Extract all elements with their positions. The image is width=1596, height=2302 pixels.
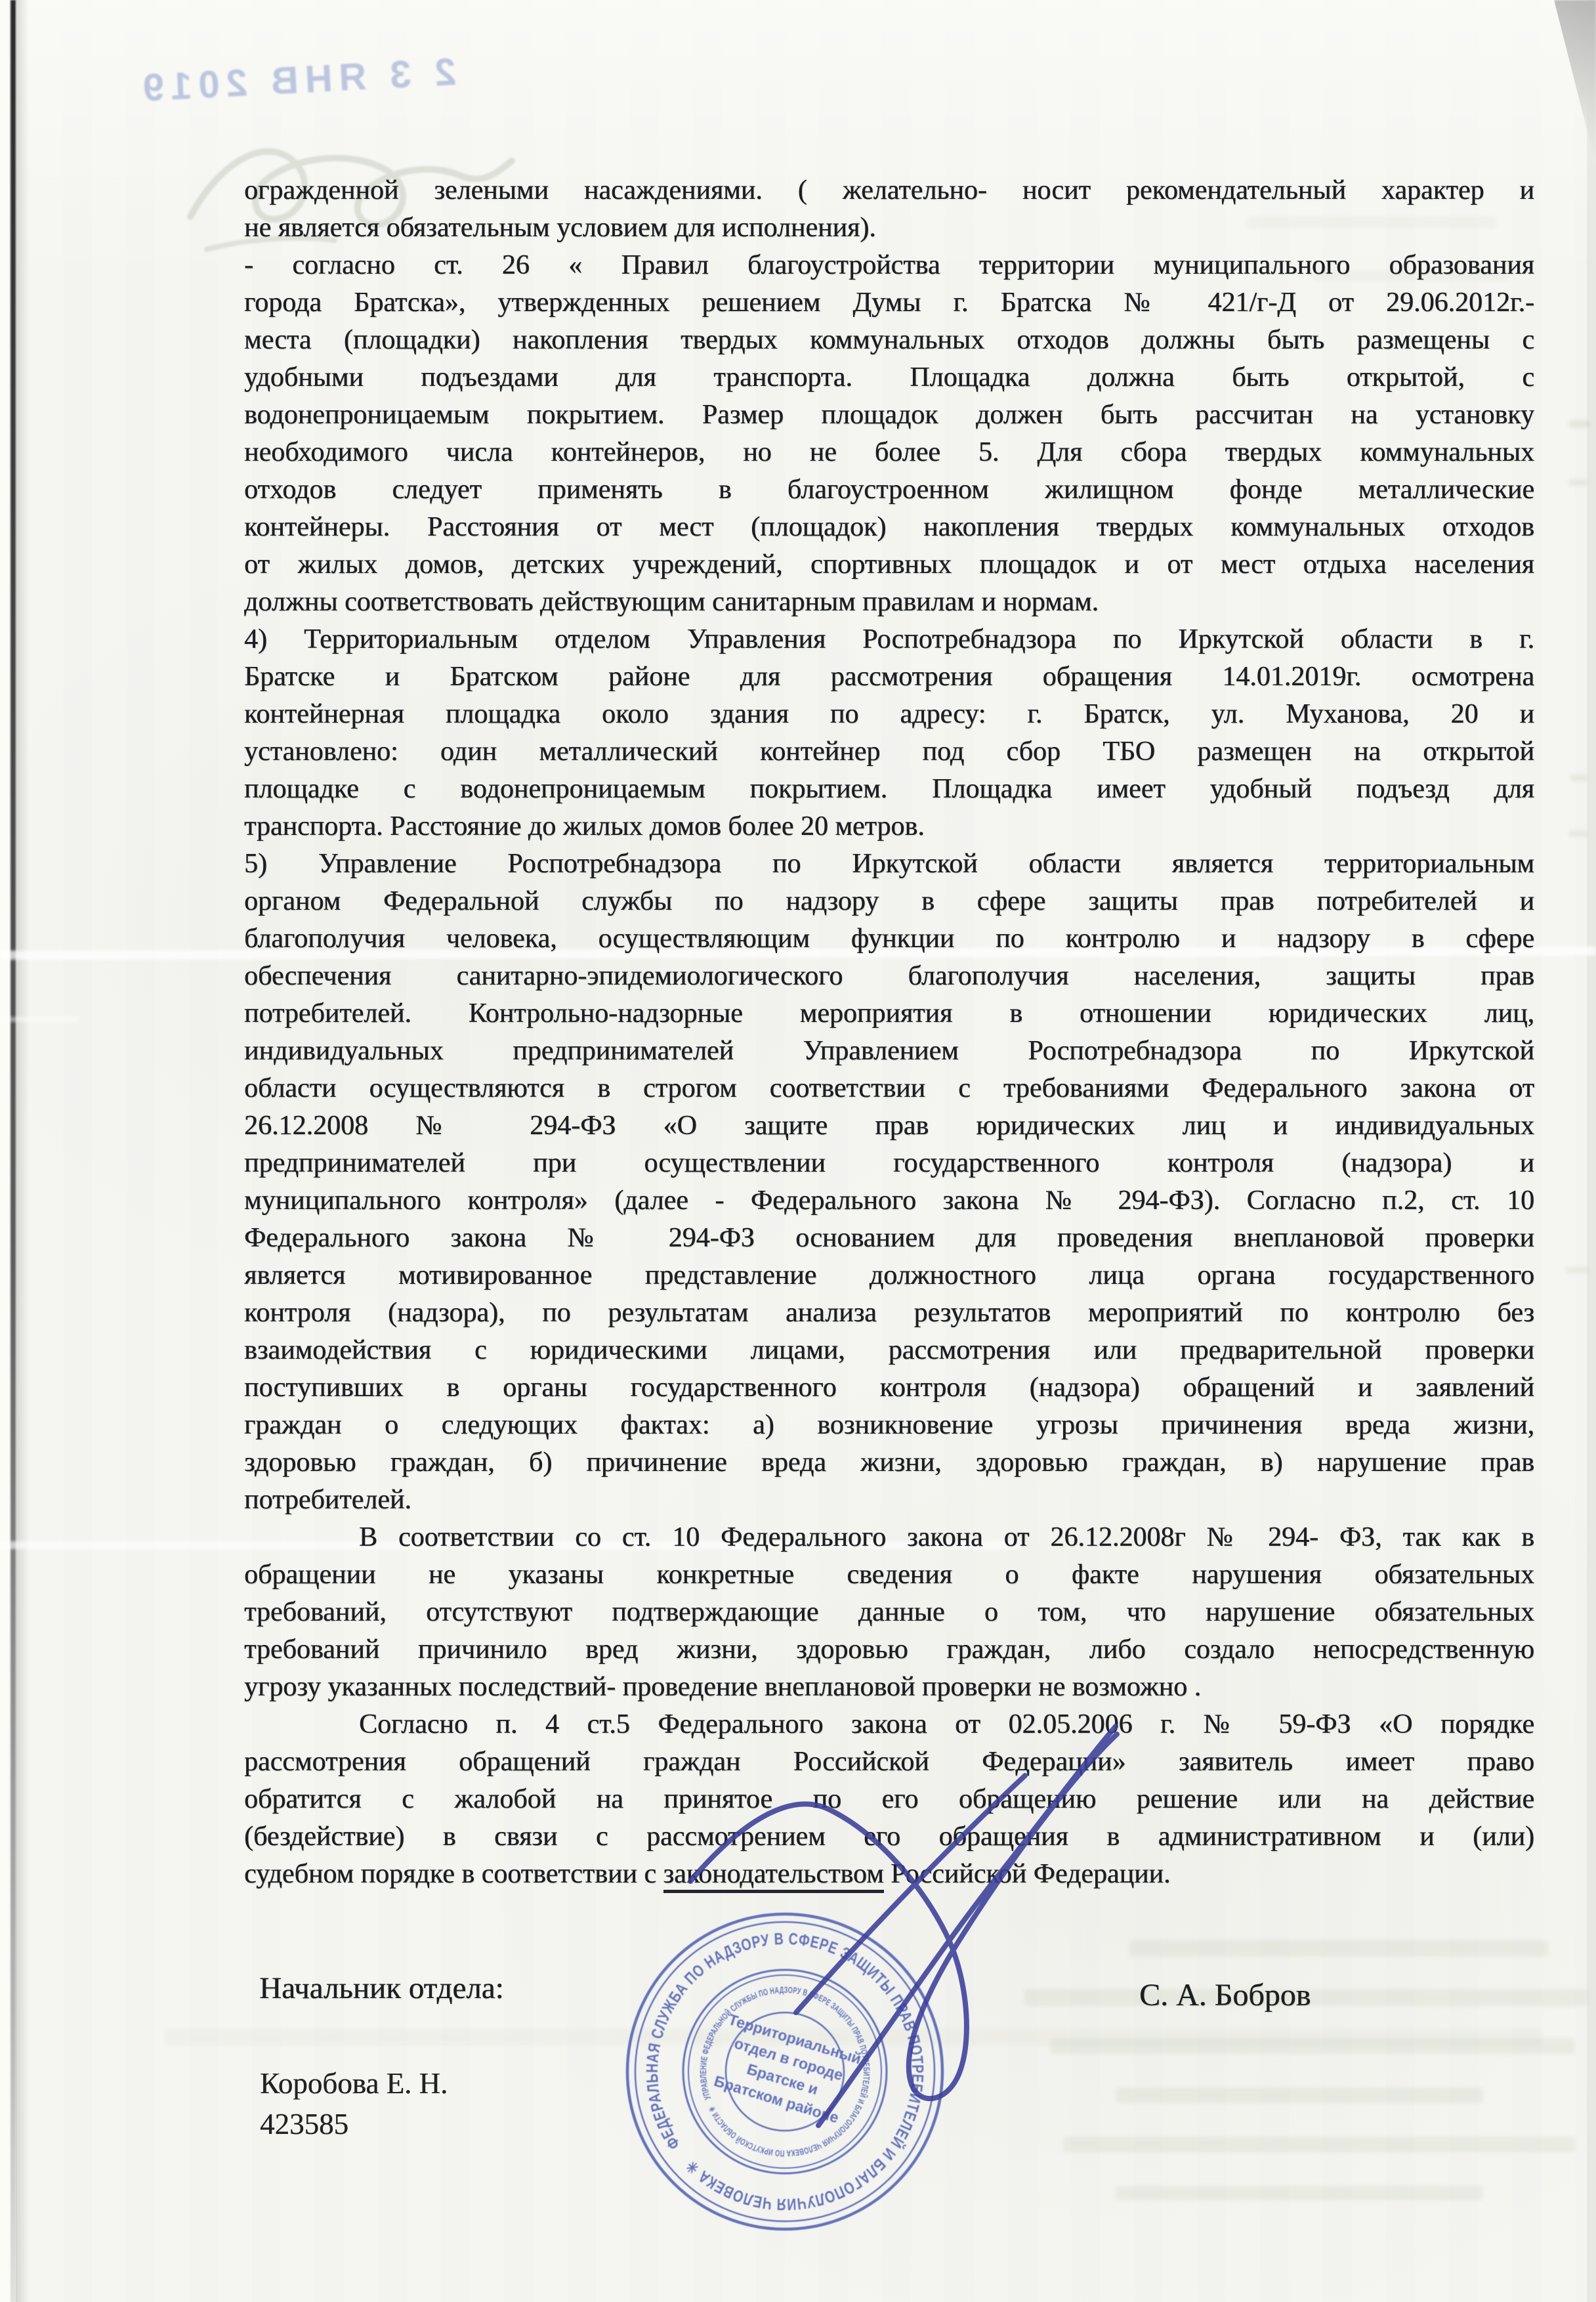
body-line: города Братска», утвержденных решением Д… <box>244 284 1534 322</box>
executor-phone: 423585 <box>260 2107 348 2141</box>
body-line: удобными подъездами для транспорта. Площ… <box>244 359 1534 396</box>
body-line: предпринимателей при осуществлении госуд… <box>244 1145 1534 1182</box>
body-line: водонепроницаемым покрытием. Размер площ… <box>244 396 1534 434</box>
scan-left-edge-line <box>10 0 16 2302</box>
body-line: контейнерная площадка около здания по ад… <box>244 696 1534 733</box>
body-line: 26.12.2008 № 294-ФЗ «О защите прав юриди… <box>244 1107 1534 1145</box>
bleed-mark <box>1129 1940 1549 1957</box>
body-line: транспорта. Расстояние до жилых домов бо… <box>244 808 1534 845</box>
body-line: огражденной зелеными насаждениями. ( жел… <box>244 172 1534 209</box>
scan-right-edge <box>1587 0 1596 2302</box>
body-line: муниципального контроля» (далее - Федера… <box>244 1182 1534 1220</box>
paper-tear-line <box>0 1017 79 1022</box>
body-line: 5) Управление Роспотребнадзора по Иркутс… <box>244 845 1534 883</box>
body-line: отходов следует применять в благоустроен… <box>244 471 1534 509</box>
signer-title: Начальник отдела: <box>259 1971 504 2006</box>
body-line: поступивших в органы государственного ко… <box>244 1369 1534 1407</box>
body-text: огражденной зелеными насаждениями. ( жел… <box>244 172 1534 1893</box>
body-line: граждан о следующих фактах: а) возникнов… <box>244 1407 1534 1444</box>
bleed-mark <box>1116 2087 1483 2103</box>
signer-name: С. А. Бобров <box>1139 1977 1311 2013</box>
body-line: необходимого числа контейнеров, но не бо… <box>244 434 1534 471</box>
body-line: не является обязательным условием для ис… <box>244 209 1534 247</box>
body-line: Братске и Братском районе для рассмотрен… <box>244 658 1534 696</box>
bleed-mark <box>1566 1267 1589 1273</box>
body-line: Федерального закона № 294-ФЗ основанием … <box>244 1220 1534 1257</box>
body-line-segment: судебном порядке в соответствии с <box>244 1859 663 1889</box>
body-line: области осуществляются в строгом соответ… <box>244 1070 1534 1107</box>
pen-signature <box>656 1680 1155 2153</box>
body-line: органом Федеральной службы по надзору в … <box>244 883 1534 920</box>
body-line: площадке с водонепроницаемым покрытием. … <box>244 771 1534 808</box>
body-line: от жилых домов, детских учреждений, спор… <box>244 546 1534 584</box>
body-line: потребителей. <box>244 1481 1534 1519</box>
executor-name: Коробова Е. Н. <box>260 2066 448 2100</box>
body-line: обращении не указаны конкретные сведения… <box>244 1556 1534 1594</box>
body-line: потребителей. Контрольно-надзорные мероп… <box>244 995 1534 1033</box>
body-line: взаимодействия с юридическими лицами, ра… <box>244 1332 1534 1369</box>
body-line: места (площадки) накопления твердых комм… <box>244 322 1534 359</box>
body-line: В соответствии со ст. 10 Федерального за… <box>244 1519 1534 1556</box>
bleed-mark <box>1116 2186 1483 2200</box>
scanned-letter-page: 2 3 ЯНВ 2019 огражденной зелеными насажд… <box>0 0 1596 2302</box>
bleed-mark <box>1568 830 1588 837</box>
body-line: является мотивированное представление до… <box>244 1257 1534 1294</box>
bleed-mark <box>1568 420 1591 428</box>
bleed-mark <box>1568 479 1588 486</box>
body-line: здоровью граждан, б) причинение вреда жи… <box>244 1444 1534 1481</box>
ghost-date-stamp: 2 3 ЯНВ 2019 <box>154 50 457 110</box>
body-line: требований причинило вред жизни, здоровь… <box>244 1631 1534 1669</box>
body-line: обеспечения санитарно-эпидемиологическог… <box>244 958 1534 995</box>
scan-left-edge-shadow <box>16 0 29 2302</box>
body-line: контейнеры. Расстояния от мест (площадок… <box>244 509 1534 546</box>
body-line: индивидуальных предпринимателей Управлен… <box>244 1033 1534 1070</box>
body-line: требований, отсутствуют подтверждающие д… <box>244 1594 1534 1631</box>
body-line: благополучия человека, осуществляющим фу… <box>244 920 1534 958</box>
body-line: контроля (надзора), по результатам анали… <box>244 1294 1534 1332</box>
body-line: установлено: один металлический контейне… <box>244 733 1534 771</box>
body-line: 4) Территориальным отделом Управления Ро… <box>244 621 1534 658</box>
scan-left-margin <box>0 0 10 2302</box>
body-line: должны соответствовать действующим санит… <box>244 584 1534 621</box>
body-line: - согласно ст. 26 « Правил благоустройст… <box>244 247 1534 284</box>
bleed-mark <box>1570 775 1588 781</box>
